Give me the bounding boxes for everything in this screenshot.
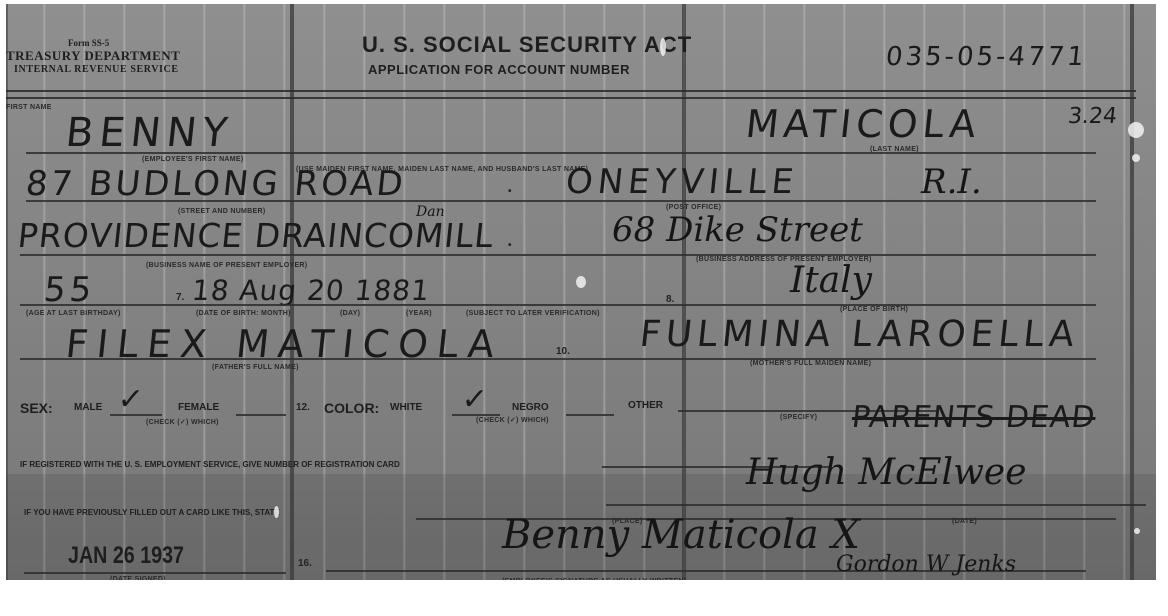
struck-out-note: PARENTS DEAD	[850, 400, 1097, 435]
date-signed-stamp: JAN 26 1937	[68, 542, 184, 570]
item-number-mother: 10.	[556, 346, 570, 357]
business-address-value: 68 Dike Street	[612, 210, 863, 250]
header-rule	[6, 90, 1136, 99]
paper-damage	[1132, 154, 1140, 162]
white-checkbox[interactable]: ✓	[460, 382, 489, 417]
employer-line	[20, 254, 1096, 256]
paper-damage	[1128, 122, 1144, 138]
mother-name-value: FULMINA LAROELLA	[638, 314, 1081, 355]
male-label: MALE	[74, 402, 102, 413]
street-value: 87 BUDLONG ROAD	[24, 164, 408, 204]
dob-value: 18 Aug 20 1881	[190, 274, 431, 307]
business-name-value: PROVIDENCE DRAINCOMILL	[16, 216, 496, 255]
witness-line	[606, 504, 1146, 506]
ss5-application-card: Form SS-5 TREASURY DEPARTMENT INTERNAL R…	[6, 4, 1156, 580]
dob-month-label: (DATE OF BIRTH: MONTH)	[196, 310, 291, 317]
item-bullet: •	[508, 240, 512, 251]
employment-service-label: IF REGISTERED WITH THE U. S. EMPLOYMENT …	[20, 460, 400, 469]
color-check-label: (CHECK (✓) WHICH)	[476, 416, 549, 424]
mother-label: (MOTHER'S FULL MAIDEN NAME)	[750, 360, 871, 367]
sex-check-label: (CHECK (✓) WHICH)	[146, 418, 219, 426]
first-name-header: FIRST NAME	[6, 104, 52, 111]
employee-signature: Benny Maticola X	[502, 512, 860, 558]
item-number-color: 12.	[296, 402, 310, 413]
male-blank	[110, 414, 162, 416]
male-checkbox[interactable]: ✓	[116, 382, 145, 417]
item-bullet: •	[508, 186, 512, 197]
paper-damage	[1134, 528, 1140, 534]
employee-signature-label: (EMPLOYEE'S SIGNATURE AS USUALLY WRITTEN…	[502, 578, 686, 580]
previously-filled-label: IF YOU HAVE PREVIOUSLY FILLED OUT A CARD…	[24, 508, 280, 517]
dob-verification-label: (SUBJECT TO LATER VERIFICATION)	[466, 310, 600, 317]
dob-day-label: (DAY)	[340, 310, 360, 317]
item-number-dob: 7.	[176, 292, 184, 303]
dob-year-label: (YEAR)	[406, 310, 432, 317]
address-line	[26, 200, 1096, 202]
other-label: OTHER	[628, 400, 663, 411]
paper-damage	[660, 38, 666, 56]
birth-line	[20, 304, 1096, 306]
female-label: FEMALE	[178, 402, 219, 413]
account-number: 035-05-4771	[884, 42, 1088, 72]
place-of-birth-label: (PLACE OF BIRTH)	[840, 306, 908, 313]
date-signed-label: (DATE SIGNED)	[110, 576, 166, 580]
first-name-label: (EMPLOYEE'S FIRST NAME)	[142, 156, 244, 163]
department: TREASURY DEPARTMENT	[6, 48, 180, 64]
signature-witness: Gordon W Jenks	[836, 552, 1016, 577]
form-number: Form SS-5	[68, 38, 109, 48]
last-name-value: MATICOLA	[744, 102, 983, 146]
margin-note: 3.24	[1067, 104, 1119, 129]
name-line	[26, 152, 1096, 154]
state-value: R.I.	[921, 162, 982, 202]
last-name-label: (LAST NAME)	[870, 146, 919, 153]
street-label: (STREET AND NUMBER)	[178, 208, 266, 215]
age-label: (AGE AT LAST BIRTHDAY)	[26, 310, 121, 317]
parents-line	[20, 358, 1096, 360]
negro-label: NEGRO	[512, 402, 549, 413]
item-number-signature: 16.	[298, 558, 312, 569]
paper-damage	[274, 506, 279, 518]
service: INTERNAL REVENUE SERVICE	[14, 64, 179, 75]
form-title: U. S. SOCIAL SECURITY ACT	[362, 32, 692, 58]
father-label: (FATHER'S FULL NAME)	[212, 364, 299, 371]
business-name-label: (BUSINESS NAME OF PRESENT EMPLOYER)	[146, 262, 307, 269]
date-label: (DATE)	[952, 518, 977, 525]
negro-blank[interactable]	[566, 414, 614, 416]
place-of-birth-value: Italy	[790, 260, 872, 301]
sex-label: SEX:	[20, 400, 53, 416]
post-office-value: ONEYVILLE	[564, 162, 800, 202]
form-subtitle: APPLICATION FOR ACCOUNT NUMBER	[368, 62, 630, 77]
specify-label: (SPECIFY)	[780, 414, 817, 421]
date-signed-line	[24, 572, 286, 574]
female-blank[interactable]	[236, 414, 286, 416]
witness-signature: Hugh McElwee	[746, 452, 1027, 493]
color-label: COLOR:	[324, 400, 379, 416]
paper-damage	[576, 276, 586, 288]
first-name-value: BENNY	[64, 110, 236, 156]
white-label: WHITE	[390, 402, 422, 413]
